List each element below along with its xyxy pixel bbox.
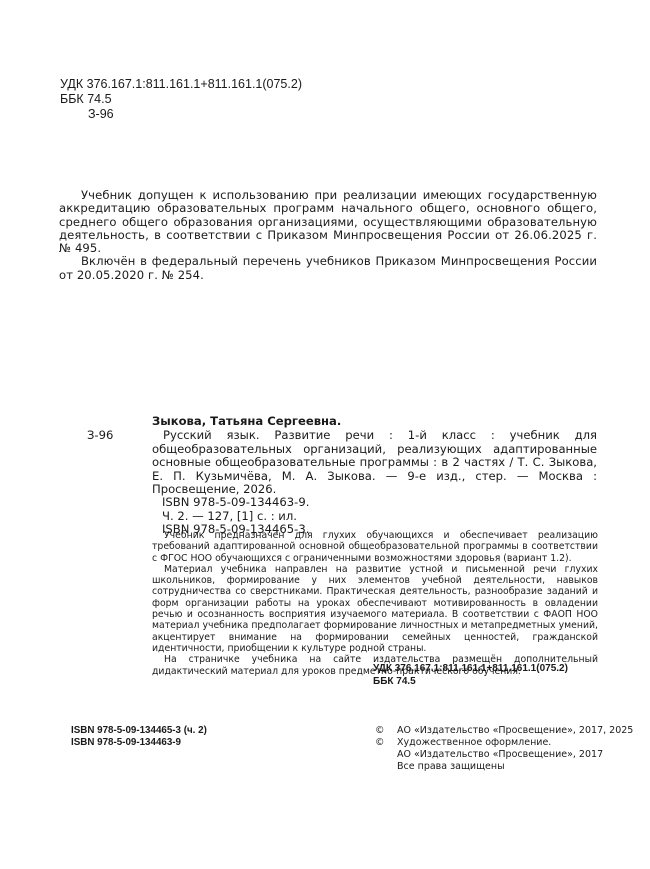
isbn-block: ISBN 978-5-09-134465-3 (ч. 2) ISBN 978-5… <box>71 725 207 749</box>
approval-paragraph: Учебник допущен к использованию при реал… <box>59 189 597 255</box>
copyright-line: © Художественное оформление. <box>375 737 633 749</box>
copyright-text: АО «Издательство «Просвещение», 2017 <box>397 749 603 760</box>
rights-reserved-text: Все права защищены <box>397 761 505 772</box>
udk-label: УДК <box>60 77 83 91</box>
isbn-full-line: ISBN 978-5-09-134463-9 <box>71 737 207 749</box>
copyright-block: © АО «Издательство «Просвещение», 2017, … <box>375 725 633 773</box>
bbk-label: ББК <box>60 92 84 106</box>
card-part-info: Ч. 2. — 127, [1] с. : ил. <box>87 510 597 523</box>
card-author-mark: З-96 <box>87 429 113 442</box>
isbn-part-line: ISBN 978-5-09-134465-3 (ч. 2) <box>71 725 207 737</box>
bbk-value: 74.5 <box>87 92 111 106</box>
copyright-icon: © <box>375 725 385 737</box>
udk-value: 376.167.1:811.161.1+811.161.1(075.2) <box>87 77 302 91</box>
card-isbn-full: ISBN 978-5-09-134463-9. <box>87 496 597 509</box>
copyright-text: АО «Издательство «Просвещение», 2017, 20… <box>397 725 633 736</box>
bibliographic-card: Зыкова, Татьяна Сергеевна. З-96 Русский … <box>87 415 597 537</box>
udk-line: УДК 376.167.1:811.161.1+811.161.1(075.2) <box>60 77 302 92</box>
bottom-classification-block: УДК 376.167.1:811.161.1+811.161.1(075.2)… <box>373 663 568 688</box>
bbk-line: ББК 74.5 <box>60 92 302 107</box>
annotation-paragraph: Материал учебника направлен на развитие … <box>152 564 598 654</box>
copyright-line: АО «Издательство «Просвещение», 2017 <box>375 749 633 761</box>
top-classification-block: УДК 376.167.1:811.161.1+811.161.1(075.2)… <box>60 77 302 122</box>
approval-notice: Учебник допущен к использованию при реал… <box>59 189 597 282</box>
copyright-text: Художественное оформление. <box>397 737 551 748</box>
bottom-bbk: ББК 74.5 <box>373 676 568 689</box>
card-author: Зыкова, Татьяна Сергеевна. <box>87 415 597 428</box>
bottom-udk: УДК 376.167.1:811.161.1+811.161.1(075.2) <box>373 663 568 676</box>
copyright-line: Все права защищены <box>375 761 633 773</box>
copyright-line: © АО «Издательство «Просвещение», 2017, … <box>375 725 633 737</box>
card-entry: З-96 Русский язык. Развитие речи : 1-й к… <box>87 429 597 496</box>
copyright-icon: © <box>375 737 385 749</box>
author-mark: З-96 <box>60 107 302 122</box>
card-description: Русский язык. Развитие речи : 1-й класс … <box>152 429 597 496</box>
annotation: Учебник предназначен для глухих обучающи… <box>152 530 598 677</box>
federal-list-paragraph: Включён в федеральный перечень учебников… <box>59 255 597 282</box>
annotation-paragraph: Учебник предназначен для глухих обучающи… <box>152 530 598 564</box>
